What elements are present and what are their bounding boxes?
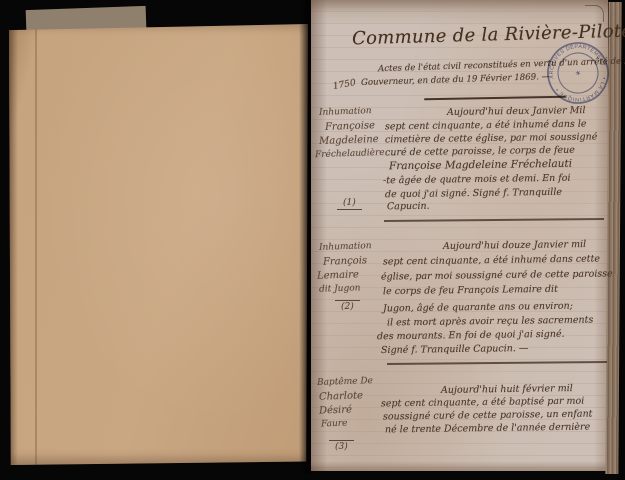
register-entry-3: Baptême De Charlote Désiré Faure (3) Auj… (315, 376, 607, 456)
entry3-margin-name1: Charlote (319, 390, 363, 403)
entry3-line3: soussigné curé de cette paroisse, un enf… (383, 409, 593, 423)
stamp-center-glyph: ✶ (574, 68, 583, 78)
entry2-line8: Signé f. Tranquille Capucin. — (381, 343, 529, 356)
entry2-margin-name2: Lemaire (317, 269, 359, 281)
entry2-margin-type: Inhumation (319, 241, 372, 253)
entry1-number: (1) (337, 198, 362, 210)
entry1-line4: curé de cette paroisse, le corps de feue (385, 145, 575, 159)
entry2-line2: sept cent cinquante, a été inhumé dans c… (383, 253, 600, 267)
entry3-margin-name2: Désiré (319, 404, 352, 416)
entry2-margin-name1: François (323, 255, 367, 268)
entry1-margin-name3: Fréchelaudière (315, 148, 385, 160)
entry1-margin-name1: Françoise (325, 120, 375, 133)
entry2-line7: des mourants. En foi de quoi j'ai signé. (377, 329, 565, 343)
entry1-line2: sept cent cinquante, a été inhumé dans l… (385, 119, 587, 133)
entry2-line4: le corps de feu François Lemaire dit (383, 284, 558, 297)
entry3-line1: Aujourd'hui huit février mil (441, 383, 573, 396)
entry2-line6: il est mort après avoir reçu les sacreme… (387, 315, 593, 329)
left-page-crease (35, 24, 37, 465)
entry1-margin-name2: Magdeleine (319, 134, 379, 147)
left-page-edge-shade (9, 24, 18, 465)
entry1-line8: Capucin. (387, 201, 430, 213)
entry1-margin-type: Inhumation (319, 106, 372, 118)
entry3-margin-name3: Faure (321, 419, 348, 430)
entry1-line7: de quoi j'ai signé. Signé f. Tranquille (385, 187, 562, 200)
entry3-number: (3) (329, 440, 354, 452)
corner-fold-line (585, 5, 604, 22)
entry3-line4: né le trente Décembre de l'année dernièr… (385, 422, 590, 436)
blank-left-page (9, 24, 308, 465)
book-scan: Commune de la Rivière-Pilote. — Actes de… (0, 0, 625, 480)
entry2-line5: Jugon, âgé de quarante ans ou environ; (383, 301, 573, 315)
entry1-line3: cimetière de cette église, par moi souss… (385, 132, 597, 146)
entry3-margin-type: Baptême De (317, 376, 373, 388)
entry1-line6: -te âgée de quatre mois et demi. En foi (383, 173, 571, 187)
entry1-line5: Françoise Magdeleine Fréchelauti (389, 158, 572, 173)
entry2-number: (2) (335, 300, 360, 312)
entry2-margin-name3: dit Jugon (319, 283, 361, 294)
entry2-line3: église, par moi soussigné curé de cette … (381, 268, 613, 282)
entry3-line2: sept cent cinquante, a été baptisé par m… (381, 396, 584, 410)
entry2-line1: Aujourd'hui douze Janvier mil (443, 239, 586, 252)
register-entry-2: Inhumation François Lemaire dit Jugon (2… (315, 240, 607, 360)
register-entry-1: Inhumation Françoise Magdeleine Fréchela… (315, 104, 607, 218)
